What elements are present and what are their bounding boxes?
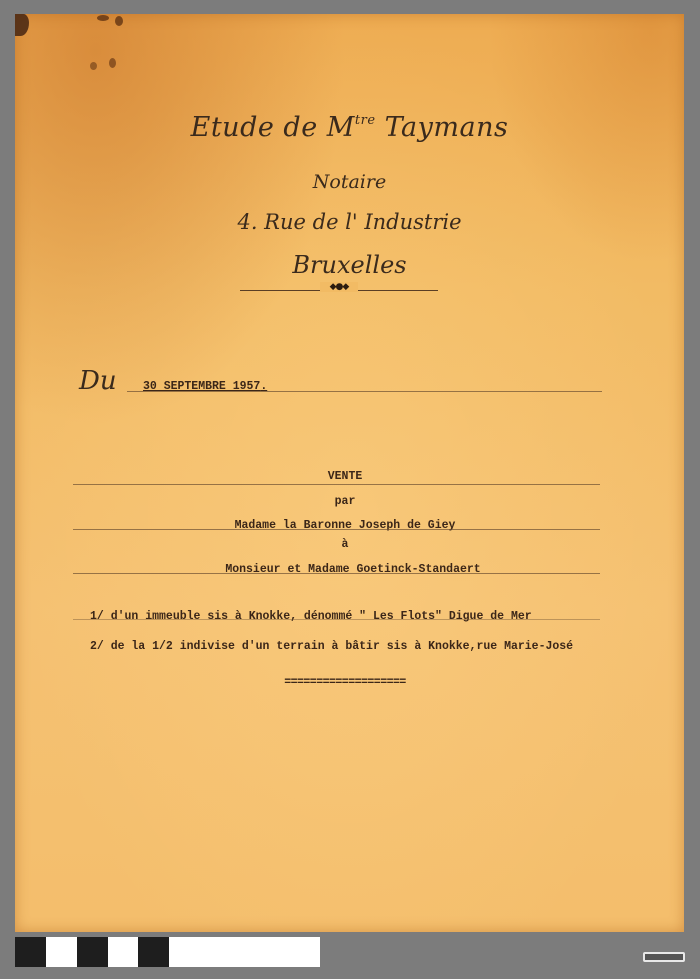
reference-tag <box>643 952 685 962</box>
scale-segment-white <box>169 937 320 967</box>
letterhead-title: Etude de Mtre Taymans <box>15 112 684 143</box>
letterhead-address: 4. Rue de l' Industrie <box>15 210 684 234</box>
title-rule <box>73 484 600 485</box>
scale-segment-black <box>77 937 108 967</box>
scale-segment-white <box>46 937 77 967</box>
buyer-rule <box>73 573 600 574</box>
scale-segment-white <box>108 937 138 967</box>
date-rule <box>127 391 602 392</box>
sale-item-2: 2/ de la 1/2 indivise d'un terrain à bât… <box>90 640 573 653</box>
scale-segment-black <box>15 937 46 967</box>
seller-rule <box>73 529 600 530</box>
buyer-name: Monsieur et Madame Goetinck-Standaert <box>83 563 623 576</box>
par-label: par <box>75 495 615 508</box>
stain-mark <box>97 15 109 21</box>
ornament-icon: ◆●◆ <box>320 282 358 292</box>
scale-segment-black <box>138 937 169 967</box>
letterhead-city: Bruxelles <box>15 251 684 279</box>
letterhead-profession: Notaire <box>15 171 684 193</box>
stain-mark <box>15 14 29 36</box>
sale-item-1: 1/ d'un immeuble sis à Knokke, dénommé "… <box>90 610 532 623</box>
stain-mark <box>109 58 116 68</box>
color-scale-bar <box>15 937 320 967</box>
document-title: VENTE <box>75 470 615 483</box>
item1-rule <box>73 619 600 620</box>
separator-line: =================== <box>75 676 615 689</box>
stain-mark <box>115 16 123 26</box>
a-label: à <box>75 538 615 551</box>
document-page: Etude de Mtre Taymans Notaire 4. Rue de … <box>15 14 684 932</box>
seller-name: Madame la Baronne Joseph de Giey <box>75 519 615 532</box>
stain-mark <box>90 62 97 70</box>
date-label: Du <box>79 366 117 396</box>
